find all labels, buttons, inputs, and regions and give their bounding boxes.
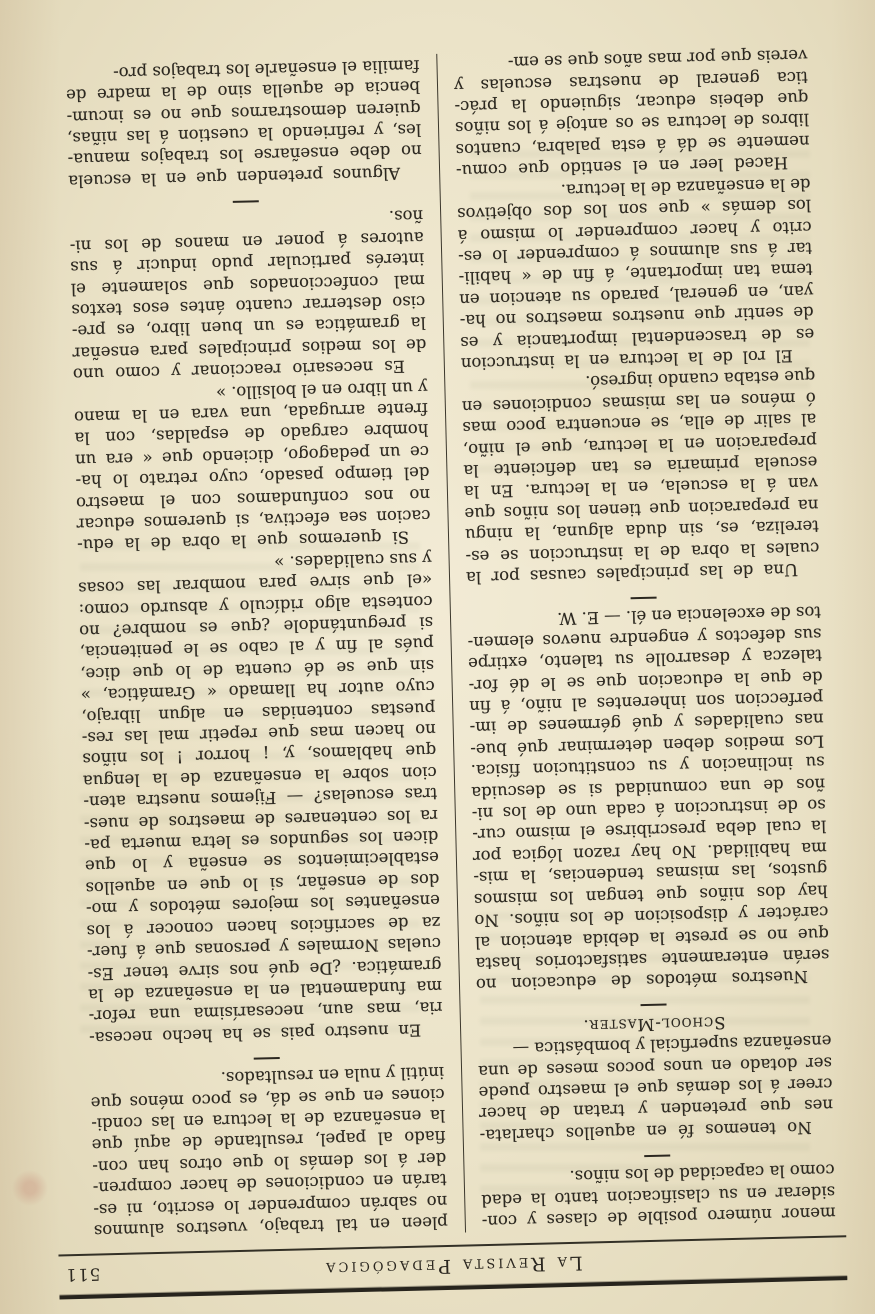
page-number: 511 xyxy=(65,1263,101,1284)
text-columns: menor número posible de clases y con-sid… xyxy=(65,45,836,1242)
paragraph-separator xyxy=(631,597,657,600)
paragraph-separator xyxy=(254,1057,280,1060)
journal-sheet: La Revista Pedagógica 511 menor número p… xyxy=(22,8,853,1307)
left-column: menor número posible de clases y con-sid… xyxy=(437,45,836,1233)
paragraph-separator xyxy=(233,200,259,203)
scanned-journal-page: { "page": { "running_head": { "title": "… xyxy=(0,0,875,1314)
right-column: pleen en tal trabajo, vuestros alumnosno… xyxy=(65,54,466,1242)
paragraph-separator xyxy=(644,1154,670,1157)
paragraph-separator xyxy=(641,1004,667,1007)
